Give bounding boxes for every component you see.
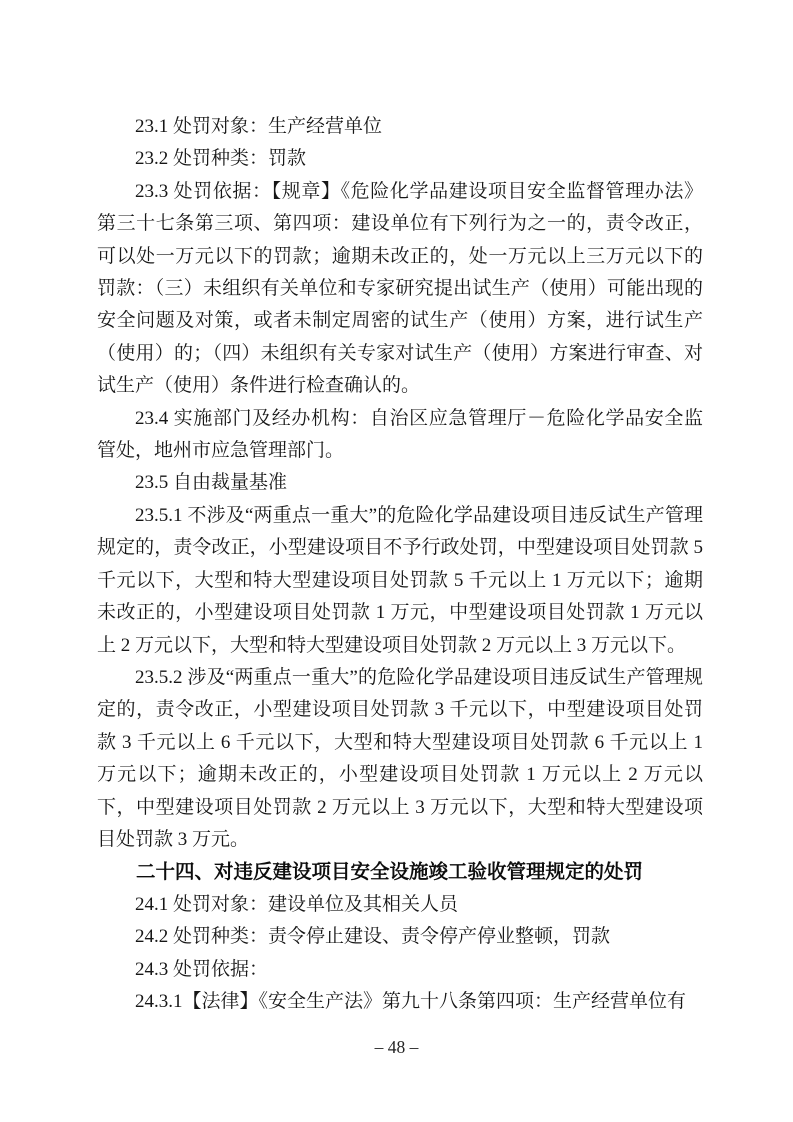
paragraph-23-5-2: 23.5.2 涉及“两重点一重大”的危险化学品建设项目违反试生产管理规定的，责令…	[97, 662, 703, 856]
paragraph-24-3: 24.3 处罚依据：	[97, 954, 703, 986]
paragraph-23-1: 23.1 处罚对象：生产经营单位	[97, 111, 703, 143]
paragraph-23-3-penalty-basis: 23.3 处罚依据：【规章】《危险化学品建设项目安全监督管理办法》第三十七条第三…	[97, 176, 703, 403]
paragraph-24-2: 24.2 处罚种类：责令停止建设、责令停产停业整顿，罚款	[97, 921, 703, 953]
page-number: – 48 –	[0, 1034, 793, 1060]
document-body: 23.1 处罚对象：生产经营单位 23.2 处罚种类：罚款 23.3 处罚依据：…	[97, 111, 703, 1018]
document-page: 23.1 处罚对象：生产经营单位 23.2 处罚种类：罚款 23.3 处罚依据：…	[0, 0, 793, 1122]
paragraph-23-2: 23.2 处罚种类：罚款	[97, 143, 703, 175]
paragraph-24-3-1: 24.3.1【法律】《安全生产法》第九十八条第四项：生产经营单位有	[97, 986, 703, 1018]
paragraph-23-5-1: 23.5.1 不涉及“两重点一重大”的危险化学品建设项目违反试生产管理规定的，责…	[97, 500, 703, 662]
paragraph-24-1: 24.1 处罚对象：建设单位及其相关人员	[97, 889, 703, 921]
section-24-heading: 二十四、对违反建设项目安全设施竣工验收管理规定的处罚	[97, 856, 703, 888]
paragraph-23-4-implementing-agency: 23.4 实施部门及经办机构：自治区应急管理厅－危险化学品安全监管处，地州市应急…	[97, 403, 703, 468]
paragraph-23-5-discretion-benchmark: 23.5 自由裁量基准	[97, 467, 703, 499]
